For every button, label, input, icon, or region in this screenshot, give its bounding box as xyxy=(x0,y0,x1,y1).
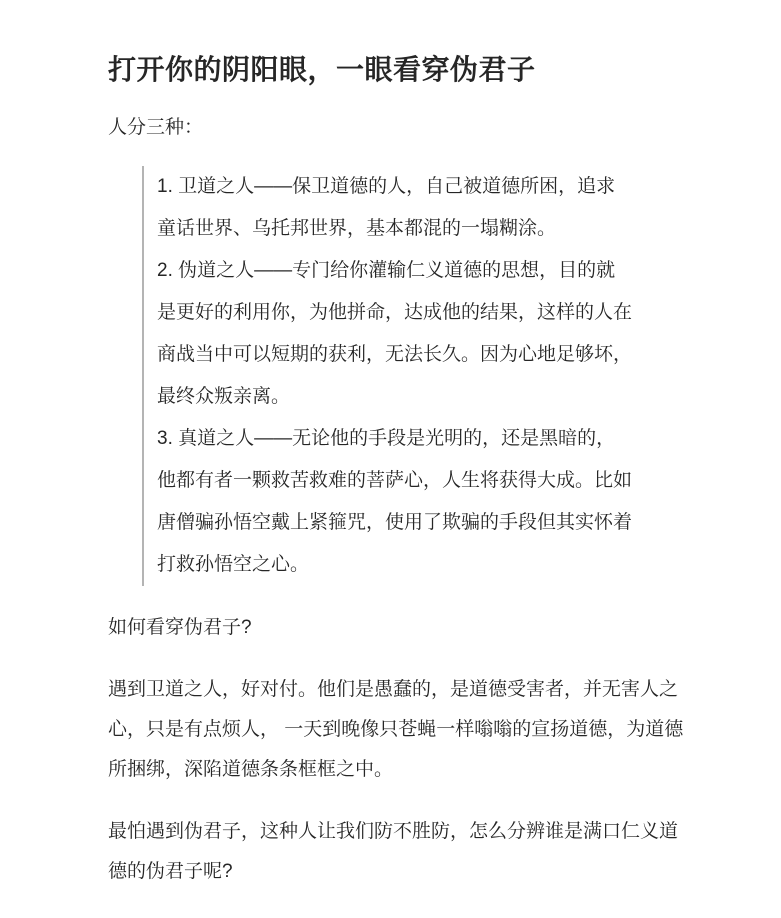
list-item-1: 1. 卫道之人——保卫道德的人，自己被道德所困，追求 童话世界、乌托邦世界，基本… xyxy=(157,166,700,250)
article-title: 打开你的阴阳眼，一眼看穿伪君子 xyxy=(108,50,700,90)
list-item-2: 2. 伪道之人——专门给你灌输仁义道德的思想，目的就 是更好的利用你，为他拼命，… xyxy=(157,250,700,418)
article-page: 打开你的阴阳眼，一眼看穿伪君子 人分三种： 1. 卫道之人——保卫道德的人，自己… xyxy=(0,0,781,918)
paragraph-2: 最怕遇到伪君子，这种人让我们防不胜防，怎么分辨谁是满口仁义道 德的伪君子呢? xyxy=(108,812,700,892)
paragraph-1: 遇到卫道之人，好对付。他们是愚蠢的，是道德受害者，并无害人之 心，只是有点烦人，… xyxy=(108,670,700,790)
list-item-3: 3. 真道之人——无论他的手段是光明的，还是黑暗的， 他都有者一颗救苦救难的菩萨… xyxy=(157,418,700,586)
intro-text: 人分三种： xyxy=(108,108,700,148)
blockquote-list: 1. 卫道之人——保卫道德的人，自己被道德所困，追求 童话世界、乌托邦世界，基本… xyxy=(142,166,700,586)
question-text: 如何看穿伪君子? xyxy=(108,608,700,648)
